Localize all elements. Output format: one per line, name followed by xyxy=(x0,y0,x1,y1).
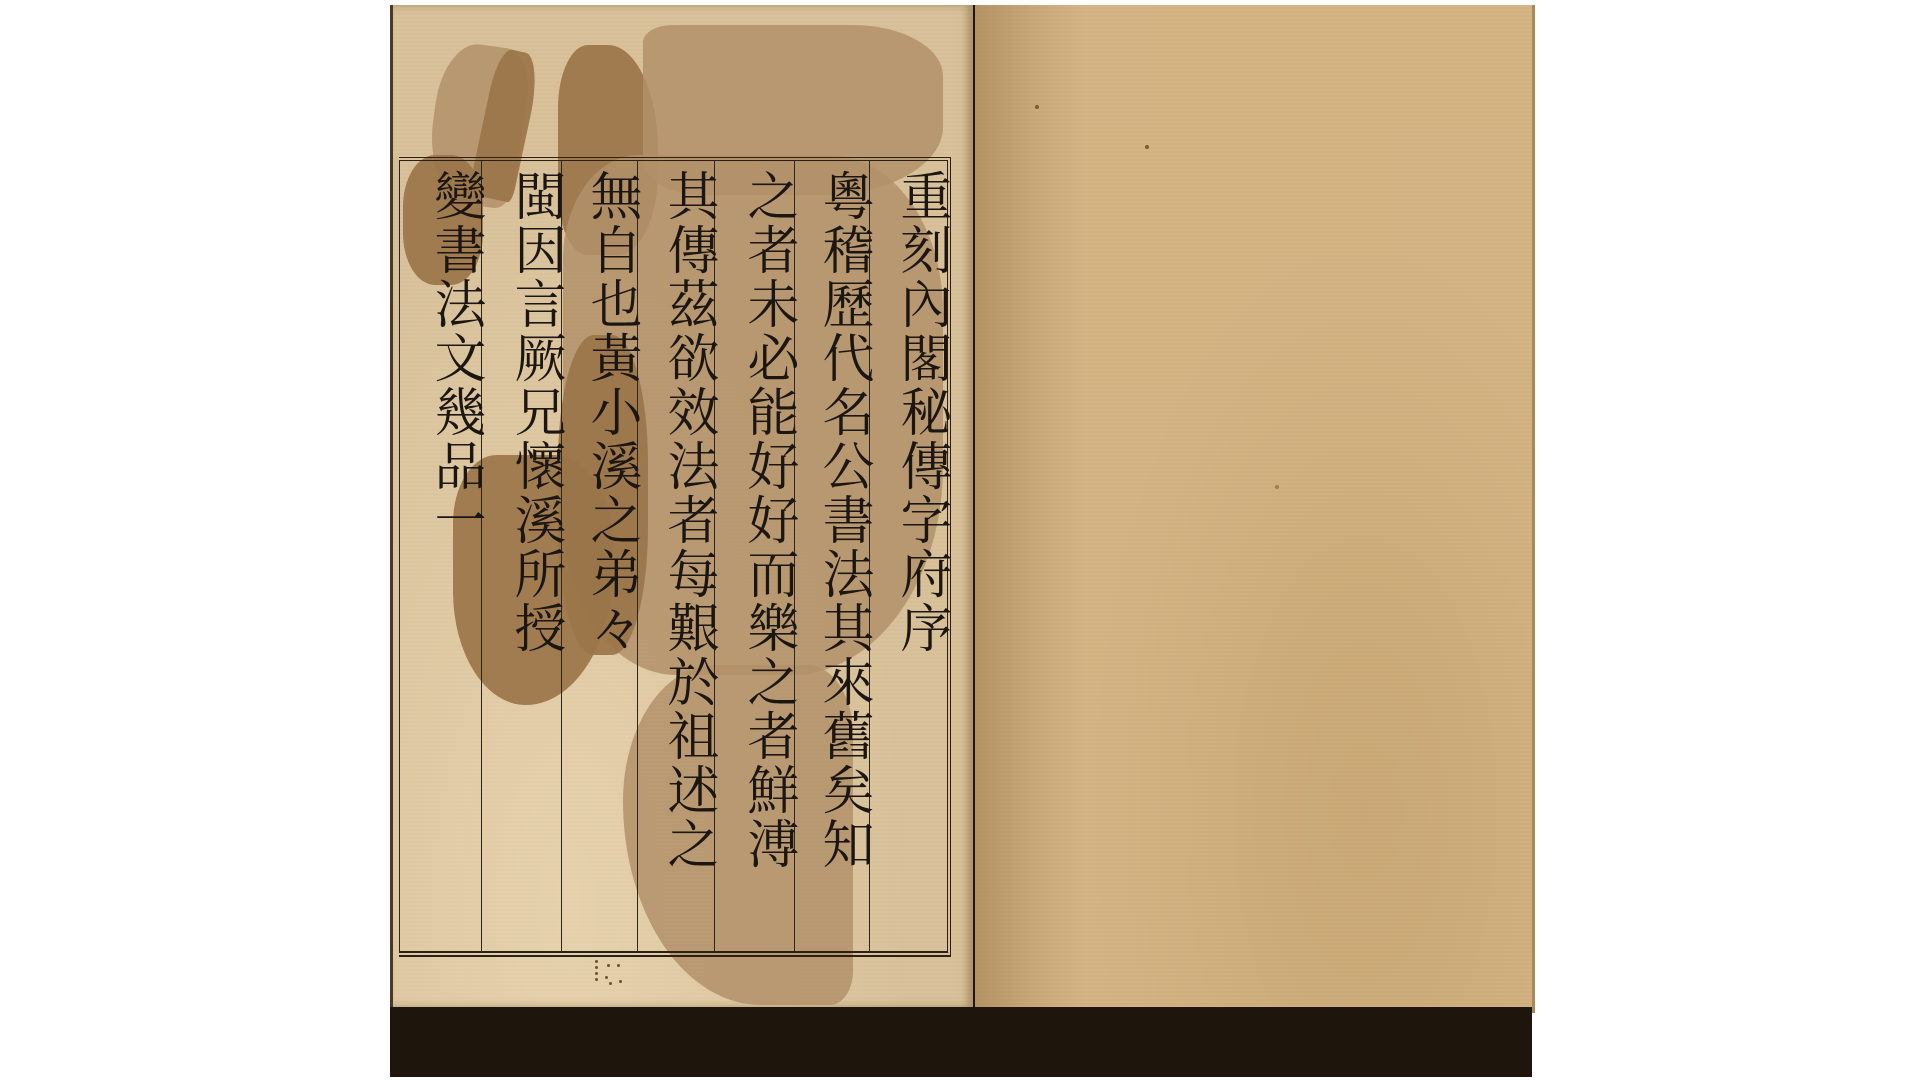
paper-speck xyxy=(1275,485,1279,489)
right-page-blank xyxy=(975,5,1535,1013)
scan-background-band xyxy=(390,1007,1532,1077)
text-column-1: 重刻內閣秘傳字府序 xyxy=(869,161,947,951)
text-column-6: 閩因言厥兄懷溪所授 xyxy=(481,161,561,951)
left-page: 重刻內閣秘傳字府序 粵稽歷代名公書法其來舊矣知 之者未必能好好而樂之者鮮溥 其傳… xyxy=(390,5,973,1007)
text-column-5: 無自也黃小溪之弟々 xyxy=(561,161,637,951)
column-text: 無自也黃小溪之弟々 xyxy=(562,169,637,655)
paper-speck xyxy=(1035,105,1039,109)
book-scan: 重刻內閣秘傳字府序 粵稽歷代名公書法其來舊矣知 之者未必能好好而樂之者鮮溥 其傳… xyxy=(390,5,1532,1077)
column-title: 重刻內閣秘傳字府序 xyxy=(870,169,947,655)
column-text: 其傳茲欲效法者每艱於祖述之 xyxy=(638,169,714,871)
column-text: 變書法文幾品一 xyxy=(400,169,481,547)
text-column-7: 變書法文幾品一 xyxy=(399,161,481,951)
column-text: 閩因言厥兄懷溪所授 xyxy=(482,169,561,655)
text-column-3: 之者未必能好好而樂之者鮮溥 xyxy=(714,161,794,951)
printed-frame: 重刻內閣秘傳字府序 粵稽歷代名公書法其來舊矣知 之者未必能好好而樂之者鮮溥 其傳… xyxy=(399,157,951,957)
column-text: 粵稽歷代名公書法其來舊矣知 xyxy=(795,169,869,871)
column-text: 之者未必能好好而樂之者鮮溥 xyxy=(715,169,794,871)
wormhole-marks xyxy=(593,960,633,990)
paper-speck xyxy=(1145,145,1149,149)
text-column-4: 其傳茲欲效法者每艱於祖述之 xyxy=(637,161,714,951)
text-column-2: 粵稽歷代名公書法其來舊矣知 xyxy=(794,161,869,951)
